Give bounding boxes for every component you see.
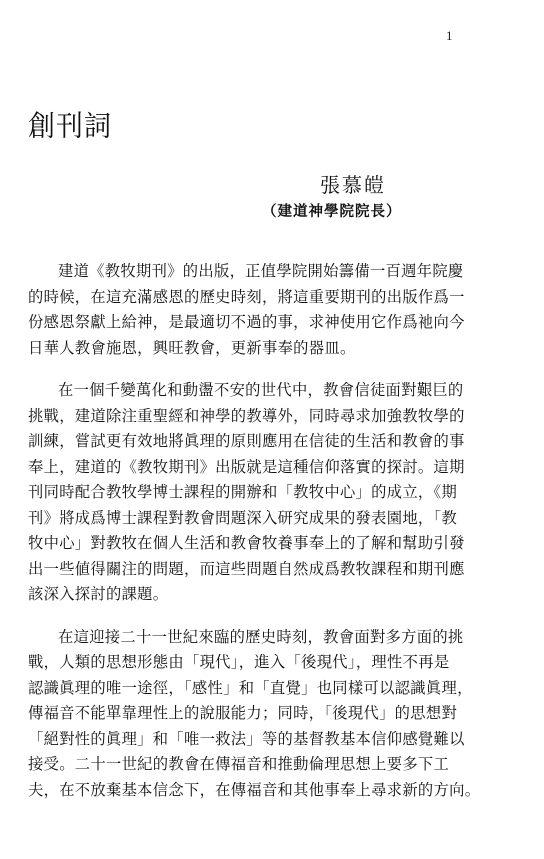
author-name: 張慕皚 — [320, 169, 386, 198]
text-line: 的時候，在這充滿感恩的歷史時刻，將這重要期刊的出版作爲一 — [28, 285, 508, 311]
article-body: 建道《教牧期刊》的出版，正值學院開始籌備一百週年院慶 的時候，在這充滿感恩的歷史… — [28, 259, 508, 820]
text-line: 奉上，建道的《教牧期刊》出版就是這種信仰落實的探討。這期 — [28, 455, 508, 481]
text-line: 夫，在不放棄基本信念下，在傳福音和其他事奉上尋求新的方向。 — [28, 778, 508, 804]
text-line: 挑戰，建道除注重聖經和神學的教導外，同時尋求加強教牧學的 — [28, 404, 508, 430]
text-line: 出一些値得關注的問題，而這些問題自然成爲教牧課程和期刊應 — [28, 557, 508, 583]
article-title: 創刊詞 — [28, 103, 112, 144]
page-number: 1 — [446, 28, 453, 44]
text-line: 刊同時配合教牧學博士課程的開辦和「教牧中心」的成立，《期 — [28, 480, 508, 506]
text-line: 接受。二十一世紀的教會在傳福音和推動倫理思想上要多下工 — [28, 752, 508, 778]
author-affiliation: （建道神學院院長） — [262, 200, 402, 221]
paragraph-3: 在這迎接二十一世紀來臨的歷史時刻，教會面對多方面的挑 戰，人類的思想形態由「現代… — [28, 625, 508, 804]
text-line: 在這迎接二十一世紀來臨的歷史時刻，教會面對多方面的挑 — [28, 625, 508, 651]
text-line: 份感恩祭獻上給神，是最適切不過的事，求神使用它作爲祂向今 — [28, 310, 508, 336]
text-line: 在一個千變萬化和動盪不安的世代中，教會信徒面對艱巨的 — [28, 378, 508, 404]
paragraph-1: 建道《教牧期刊》的出版，正值學院開始籌備一百週年院慶 的時候，在這充滿感恩的歷史… — [28, 259, 508, 361]
text-line: 該深入探討的課題。 — [28, 582, 508, 608]
text-line: 訓練，嘗試更有效地將眞理的原則應用在信徒的生活和教會的事 — [28, 429, 508, 455]
text-line: 戰，人類的思想形態由「現代」，進入「後現代」，理性不再是 — [28, 650, 508, 676]
paragraph-2: 在一個千變萬化和動盪不安的世代中，教會信徒面對艱巨的 挑戰，建道除注重聖經和神學… — [28, 378, 508, 608]
text-line: 「絕對性的眞理」和「唯一救法」等的基督教基本信仰感覺難以 — [28, 727, 508, 753]
text-line: 建道《教牧期刊》的出版，正值學院開始籌備一百週年院慶 — [28, 259, 508, 285]
text-line: 認識眞理的唯一途徑，「感性」和「直覺」也同樣可以認識眞理， — [28, 676, 508, 702]
text-line: 刊》將成爲博士課程對教會問題深入研究成果的發表園地，「教 — [28, 506, 508, 532]
text-line: 日華人教會施恩，興旺教會，更新事奉的器皿。 — [28, 336, 508, 362]
text-line: 牧中心」對教牧在個人生活和教會牧養事奉上的了解和幫助引發 — [28, 531, 508, 557]
text-line: 傳福音不能單靠理性上的說服能力；同時，「後現代」的思想對 — [28, 701, 508, 727]
